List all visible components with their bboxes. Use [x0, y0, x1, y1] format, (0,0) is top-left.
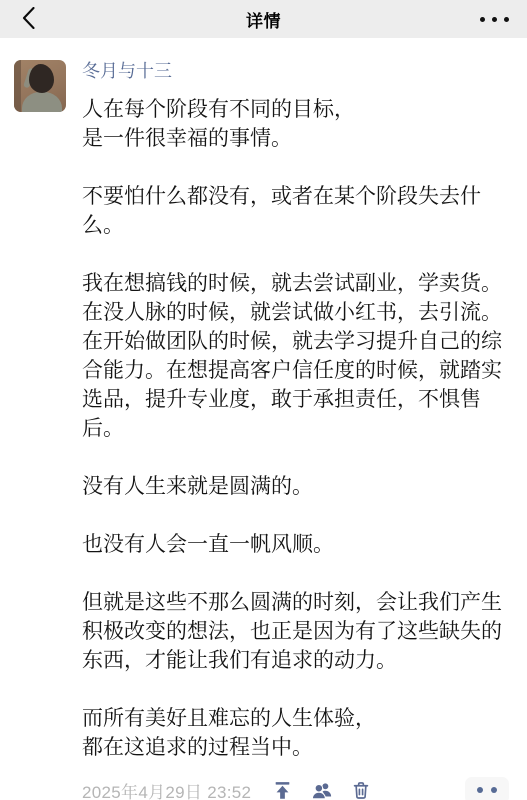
action-icons: [271, 779, 372, 800]
ellipsis-icon: [480, 17, 509, 22]
comment-like-menu-button[interactable]: [465, 777, 509, 800]
post-paragraph: 人在每个阶段有不同的目标，是一件很幸福的事情。: [82, 95, 519, 153]
post-text-line: 我在想搞钱的时候，就去尝试副业，学卖货。: [82, 269, 519, 298]
two-dots-icon: [477, 787, 497, 793]
contacts-icon: [310, 780, 333, 800]
post-text-line: 不要怕什么都没有，或者在某个阶段失去什: [82, 182, 519, 211]
pin-to-top-icon: [272, 780, 293, 800]
back-button[interactable]: [14, 0, 54, 38]
post-text-line: 都在这追求的过程当中。: [82, 733, 519, 762]
post-paragraph: 也没有人会一直一帆风顺。: [82, 530, 519, 559]
avatar-photo-detail: [14, 60, 21, 112]
post: 冬月与十三 人在每个阶段有不同的目标，是一件很幸福的事情。不要怕什么都没有，或者…: [0, 38, 527, 800]
page-title: 详情: [246, 7, 281, 32]
post-text-line: 选品，提升专业度，敢于承担责任，不惧售: [82, 385, 519, 414]
post-text-line: 而所有美好且难忘的人生体验，: [82, 704, 519, 733]
post-text-line: 没有人生来就是圆满的。: [82, 472, 519, 501]
trash-icon: [351, 780, 371, 800]
navbar: 详情: [0, 0, 527, 38]
post-paragraph: 我在想搞钱的时候，就去尝试副业，学卖货。在没人脉的时候，就尝试做小红书，去引流。…: [82, 269, 519, 443]
post-paragraph: 但就是这些不那么圆满的时刻，会让我们产生积极改变的想法，也正是因为有了这些缺失的…: [82, 588, 519, 675]
timestamp: 2025年4月29日 23:52: [82, 778, 251, 800]
post-text-line: 但就是这些不那么圆满的时刻，会让我们产生: [82, 588, 519, 617]
post-text: 人在每个阶段有不同的目标，是一件很幸福的事情。不要怕什么都没有，或者在某个阶段失…: [82, 95, 519, 762]
post-text-line: 积极改变的想法，也正是因为有了这些缺失的: [82, 617, 519, 646]
avatar-photo-detail: [22, 92, 62, 112]
chevron-left-icon: [22, 7, 35, 32]
post-text-line: 是一件很幸福的事情。: [82, 124, 519, 153]
post-footer: 2025年4月29日 23:52: [82, 776, 519, 800]
pin-to-top-button[interactable]: [271, 779, 294, 800]
post-text-line: 也没有人会一直一帆风顺。: [82, 530, 519, 559]
post-paragraph: 不要怕什么都没有，或者在某个阶段失去什么。: [82, 182, 519, 240]
delete-button[interactable]: [349, 779, 372, 800]
post-text-line: 后。: [82, 414, 519, 443]
avatar-photo-detail: [29, 64, 54, 93]
mention-contacts-button[interactable]: [310, 779, 333, 800]
avatar[interactable]: [14, 60, 66, 112]
post-text-line: 东西，才能让我们有追求的动力。: [82, 646, 519, 675]
wechat-post-detail-screen: 详情 冬月与十三 人在每个阶段有不同的目标，是一件很幸福的事情。不要怕什么都没有…: [0, 0, 527, 800]
author-name[interactable]: 冬月与十三: [82, 60, 172, 82]
post-paragraph: 而所有美好且难忘的人生体验，都在这追求的过程当中。: [82, 704, 519, 762]
post-text-line: 在开始做团队的时候，就去学习提升自己的综: [82, 327, 519, 356]
more-options-button[interactable]: [467, 0, 513, 38]
post-paragraph: 没有人生来就是圆满的。: [82, 472, 519, 501]
post-text-line: 合能力。在想提高客户信任度的时候，就踏实: [82, 356, 519, 385]
post-text-line: 人在每个阶段有不同的目标，: [82, 95, 519, 124]
post-text-line: 么。: [82, 211, 519, 240]
post-text-line: 在没人脉的时候，就尝试做小红书，去引流。: [82, 298, 519, 327]
